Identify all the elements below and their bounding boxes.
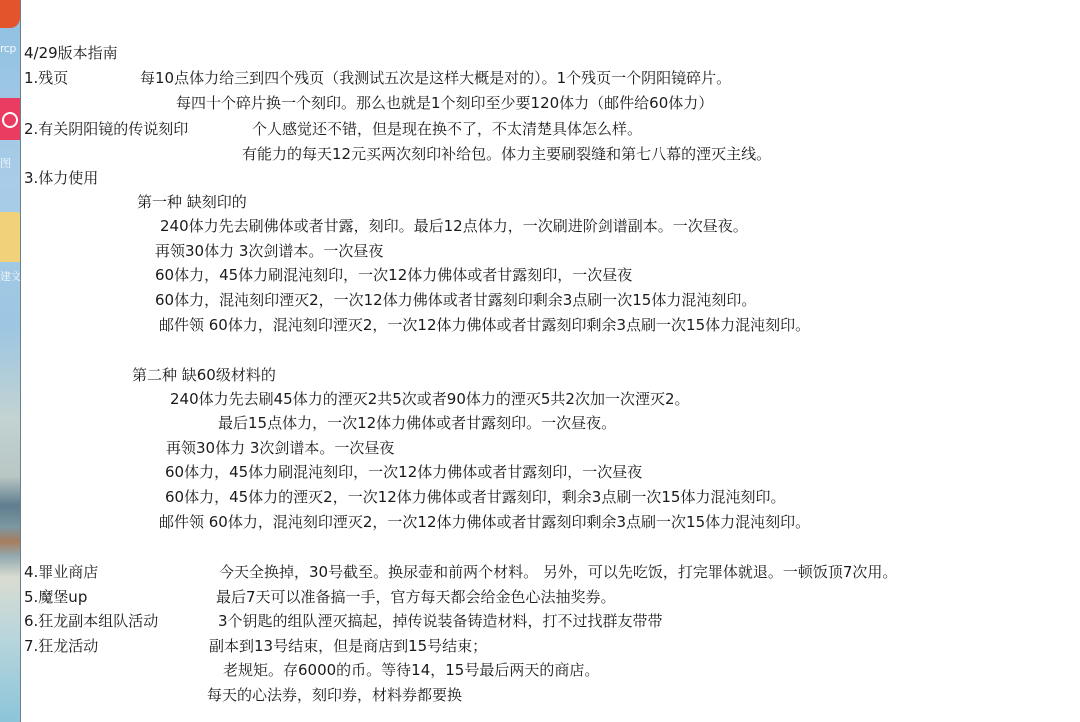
document-line: 今天全换掉，30号截至。换尿壶和前两个材料。 另外，可以先吃饭，打完罪体就退。一…	[219, 561, 897, 583]
document-line: 240体力先去刷佛体或者甘露，刻印。最后12点体力，一次刷进阶剑谱副本。一次昼夜…	[160, 215, 748, 237]
document-line: 每10点体力给三到四个残页（我测试五次是这样大概是对的）。1个残页一个阴阳镜碎片…	[140, 67, 731, 89]
document-line: 7.狂龙活动	[24, 635, 98, 657]
document-line: 第一种 缺刻印的	[137, 191, 247, 213]
document-line: 副本到13号结束，但是商店到15号结束；	[209, 635, 487, 657]
document-line: 60体力，45体力的湮灭2，一次12体力佛体或者甘露刻印，剩余3点刷一次15体力…	[165, 486, 785, 508]
document-line: 60体力，混沌刻印湮灭2，一次12体力佛体或者甘露刻印剩余3点刷一次15体力混沌…	[155, 289, 756, 311]
document-line: 5.魔堡up	[24, 586, 87, 608]
document-title: 4/29版本指南	[24, 42, 118, 64]
document-line: 240体力先去刷45体力的湮灭2共5次或者90体力的湮灭5共2次加一次湮灭2。	[170, 388, 690, 410]
document-line: 个人感觉还不错，但是现在换不了，不太清楚具体怎么样。	[252, 118, 642, 140]
desktop-wallpaper-strip: rcp 图 建文	[0, 0, 20, 722]
document-line: 每四十个碎片换一个刻印。那么也就是1个刻印至少要120体力（邮件给60体力）	[176, 92, 713, 114]
document-line: 最后7天可以准备搞一手，官方每天都会给金色心法抽奖券。	[216, 586, 616, 608]
document-line: 有能力的每天12元买两次刻印补给包。体力主要刷裂缝和第七八幕的湮灭主线。	[242, 143, 771, 165]
document-line: 6.狂龙副本组队活动	[24, 610, 158, 632]
document-line: 2.有关阴阳镜的传说刻印	[24, 118, 188, 140]
desktop-icon-label: 建文	[0, 268, 20, 284]
desktop-icon-label: rcp	[0, 42, 16, 55]
document-line: 每天的心法券，刻印券，材料券都要换	[207, 684, 462, 706]
document-line: 3个钥匙的组队湮灭搞起，掉传说装备铸造材料，打不过找群友带带	[218, 610, 663, 632]
document-line: 1.残页	[24, 67, 68, 89]
document-line: 最后15点体力，一次12体力佛体或者甘露刻印。一次昼夜。	[218, 412, 616, 434]
app-icon-pink[interactable]	[0, 98, 20, 140]
document-line: 邮件领 60体力，混沌刻印湮灭2，一次12体力佛体或者甘露刻印剩余3点刷一次15…	[159, 511, 810, 533]
document-line: 邮件领 60体力，混沌刻印湮灭2，一次12体力佛体或者甘露刻印剩余3点刷一次15…	[159, 314, 810, 336]
document-line: 60体力，45体力刷混沌刻印，一次12体力佛体或者甘露刻印，一次昼夜	[165, 461, 642, 483]
document-line: 60体力，45体力刷混沌刻印，一次12体力佛体或者甘露刻印，一次昼夜	[155, 264, 632, 286]
app-icon-rcp[interactable]	[0, 0, 20, 28]
document-line: 4.罪业商店	[24, 561, 98, 583]
document-line: 第二种 缺60级材料的	[132, 364, 276, 386]
folder-icon[interactable]	[0, 212, 20, 262]
document-line: 3.体力使用	[24, 167, 98, 189]
document-line: 老规矩。存6000的币。等待14，15号最后两天的商店。	[223, 659, 599, 681]
document-line: 再领30体力 3次剑谱本。一次昼夜	[155, 240, 383, 262]
document-body[interactable]: 4/29版本指南1.残页每10点体力给三到四个残页（我测试五次是这样大概是对的）…	[21, 0, 1080, 722]
desktop-icon-label: 图	[0, 155, 11, 171]
document-line: 再领30体力 3次剑谱本。一次昼夜	[166, 437, 394, 459]
